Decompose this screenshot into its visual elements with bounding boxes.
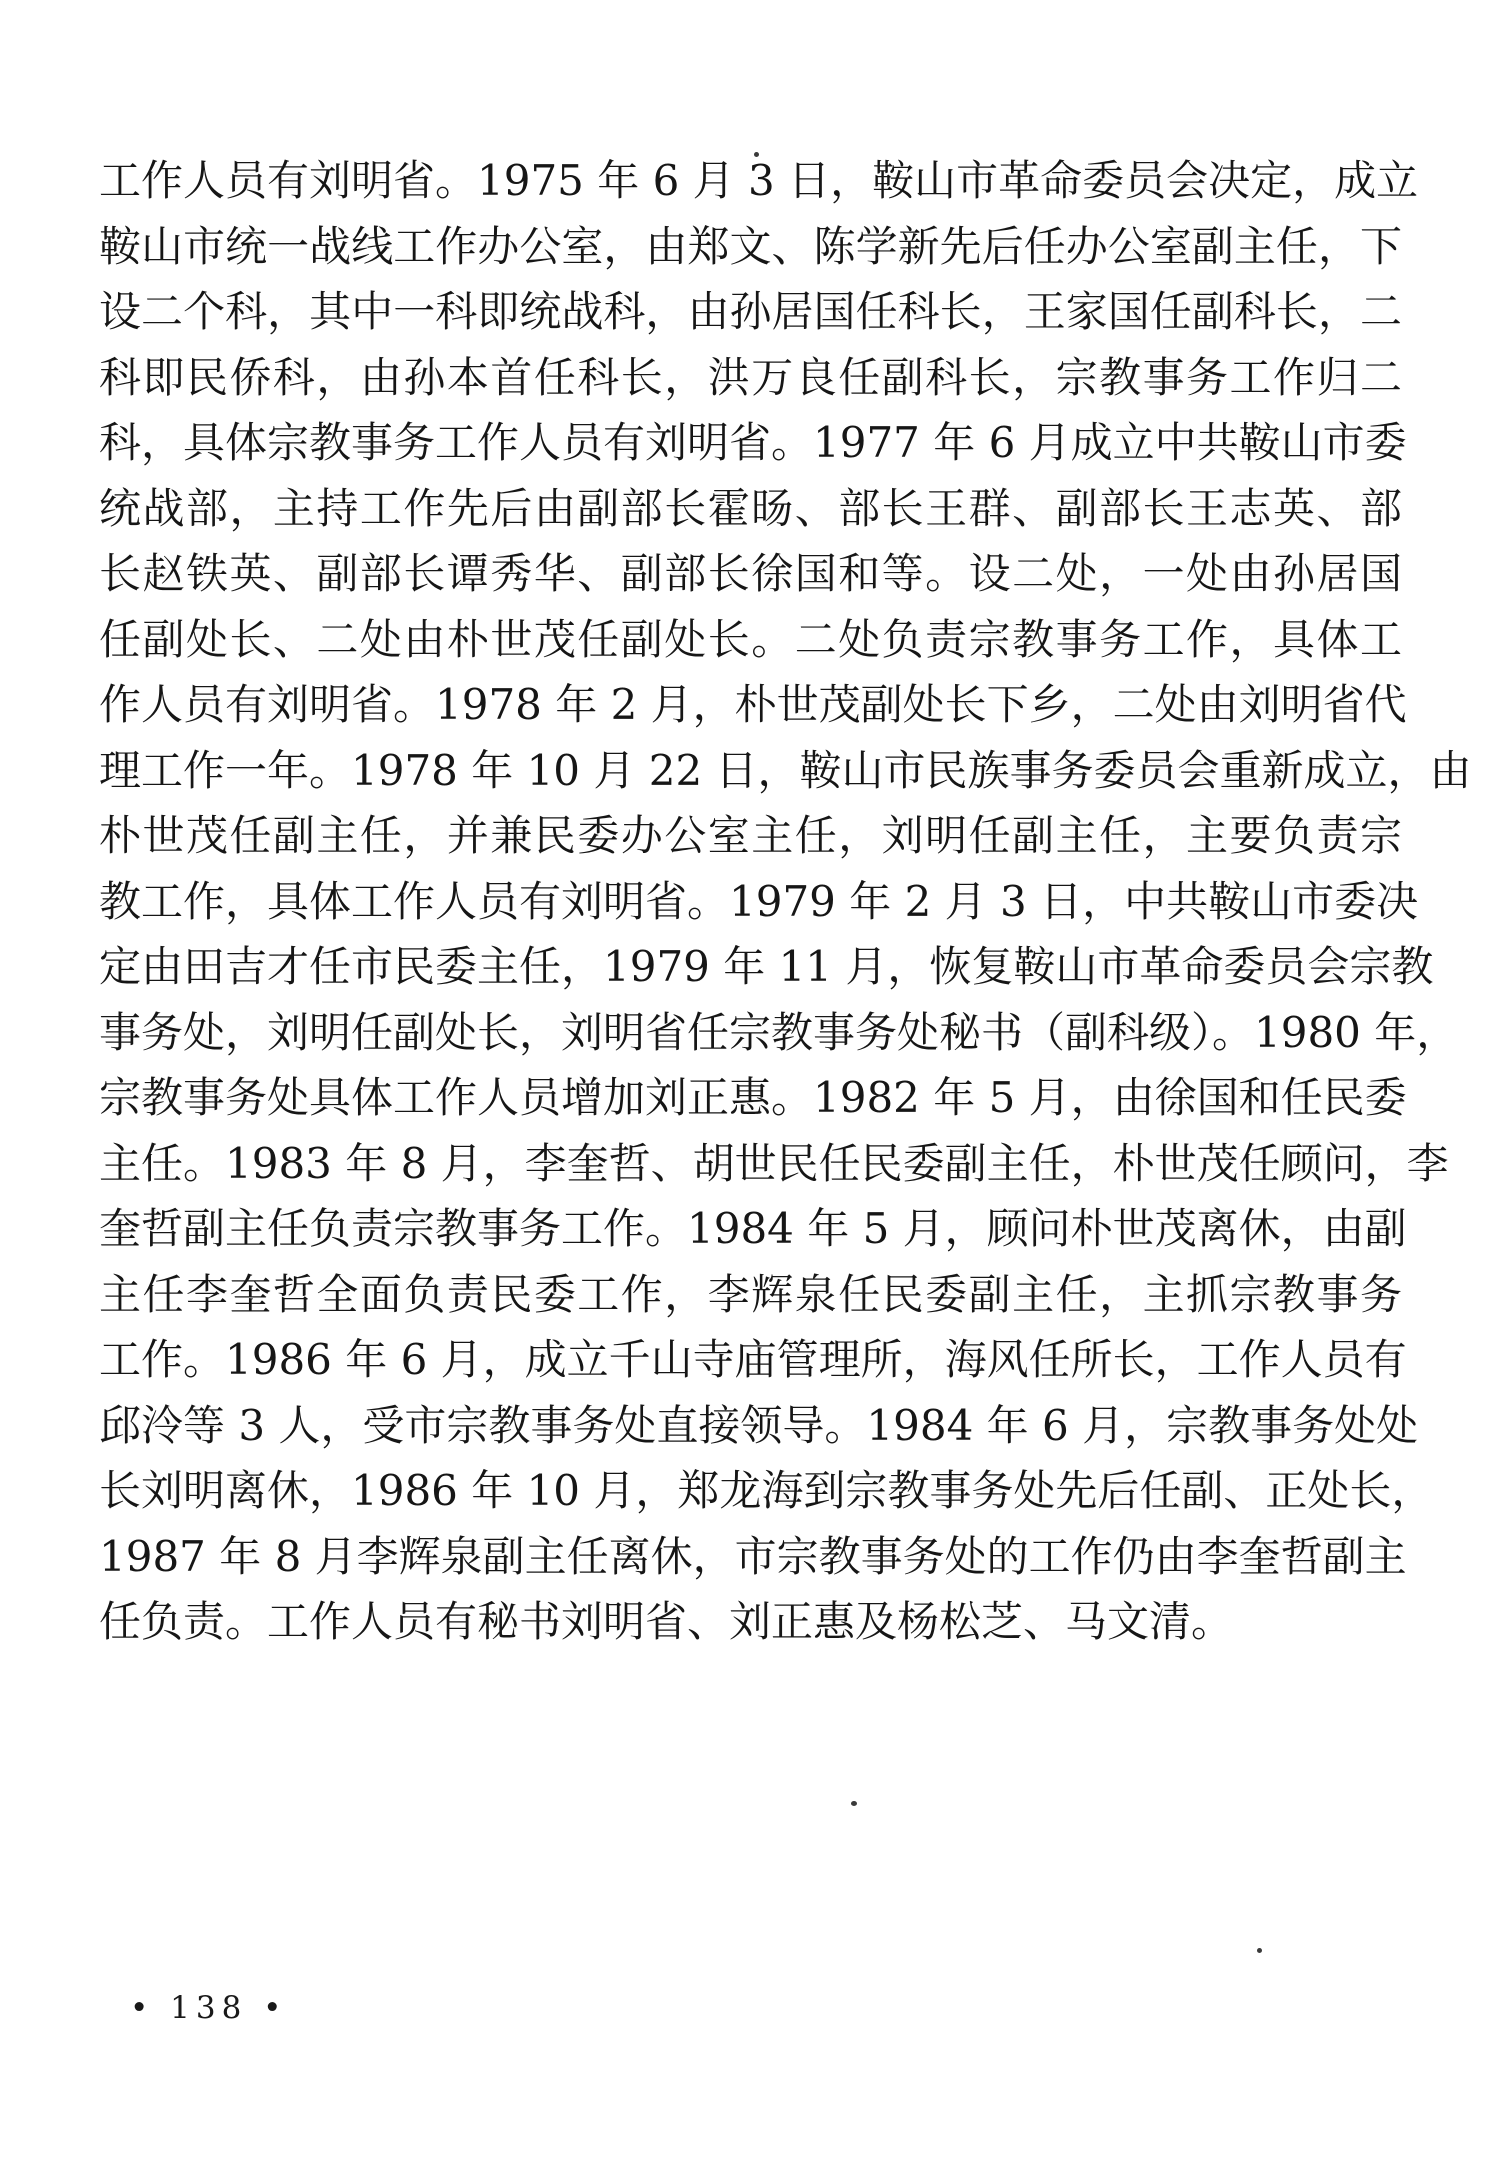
text-line: 科，具体宗教事务工作人员有刘明省。1977 年 6 月成立中共鞍山市委 [99, 410, 1402, 476]
text-line: 宗教事务处具体工作人员增加刘正惠。1982 年 5 月，由徐国和任民委 [99, 1065, 1402, 1131]
scanned-page: 工作人员有刘明省。1975 年 6 月 3 日，鞍山市革命委员会决定，成立 鞍山… [0, 0, 1500, 2165]
scan-speck [851, 1801, 857, 1806]
text-line: 科即民侨科，由孙本首任科长，洪万良任副科长，宗教事务工作归二 [99, 345, 1402, 411]
body-text: 工作人员有刘明省。1975 年 6 月 3 日，鞍山市革命委员会决定，成立 鞍山… [99, 148, 1402, 1655]
text-line: 邱泠等 3 人，受市宗教事务处直接领导。1984 年 6 月，宗教事务处处 [99, 1393, 1402, 1459]
text-line: 作人员有刘明省。1978 年 2 月，朴世茂副处长下乡，二处由刘明省代 [99, 672, 1402, 738]
text-line: 奎哲副主任负责宗教事务工作。1984 年 5 月，顾问朴世茂离休，由副 [99, 1196, 1402, 1262]
text-line: 任副处长、二处由朴世茂任副处长。二处负责宗教事务工作，具体工 [99, 607, 1402, 673]
text-line: 长赵铁英、副部长谭秀华、副部长徐国和等。设二处，一处由孙居国 [99, 541, 1402, 607]
text-line: 定由田吉才任市民委主任，1979 年 11 月，恢复鞍山市革命委员会宗教 [99, 934, 1402, 1000]
page-number: • 138 • [130, 1990, 287, 2026]
text-line: 教工作，具体工作人员有刘明省。1979 年 2 月 3 日，中共鞍山市委决 [99, 869, 1402, 935]
text-line: 鞍山市统一战线工作办公室，由郑文、陈学新先后任办公室副主任，下 [99, 214, 1402, 280]
text-line: 理工作一年。1978 年 10 月 22 日，鞍山市民族事务委员会重新成立，由 [99, 738, 1402, 804]
text-line: 朴世茂任副主任，并兼民委办公室主任，刘明任副主任，主要负责宗 [99, 803, 1402, 869]
text-line: 1987 年 8 月李辉泉副主任离休，市宗教事务处的工作仍由李奎哲副主 [99, 1524, 1402, 1590]
scan-speck [754, 152, 759, 157]
text-line: 工作。1986 年 6 月，成立千山寺庙管理所，海风任所长，工作人员有 [99, 1327, 1402, 1393]
text-line: 主任。1983 年 8 月，李奎哲、胡世民任民委副主任，朴世茂任顾问，李 [99, 1131, 1402, 1197]
text-line: 统战部，主持工作先后由副部长霍旸、部长王群、副部长王志英、部 [99, 476, 1402, 542]
scan-speck [1257, 1948, 1262, 1953]
text-line: 任负责。工作人员有秘书刘明省、刘正惠及杨松芝、马文清。 [99, 1589, 1402, 1655]
text-line: 主任李奎哲全面负责民委工作，李辉泉任民委副主任，主抓宗教事务 [99, 1262, 1402, 1328]
text-line: 事务处，刘明任副处长，刘明省任宗教事务处秘书（副科级）。1980 年， [99, 1000, 1402, 1066]
text-line: 长刘明离休，1986 年 10 月，郑龙海到宗教事务处先后任副、正处长， [99, 1458, 1402, 1524]
text-line: 设二个科，其中一科即统战科，由孙居国任科长，王家国任副科长，二 [99, 279, 1402, 345]
text-line: 工作人员有刘明省。1975 年 6 月 3 日，鞍山市革命委员会决定，成立 [99, 148, 1402, 214]
